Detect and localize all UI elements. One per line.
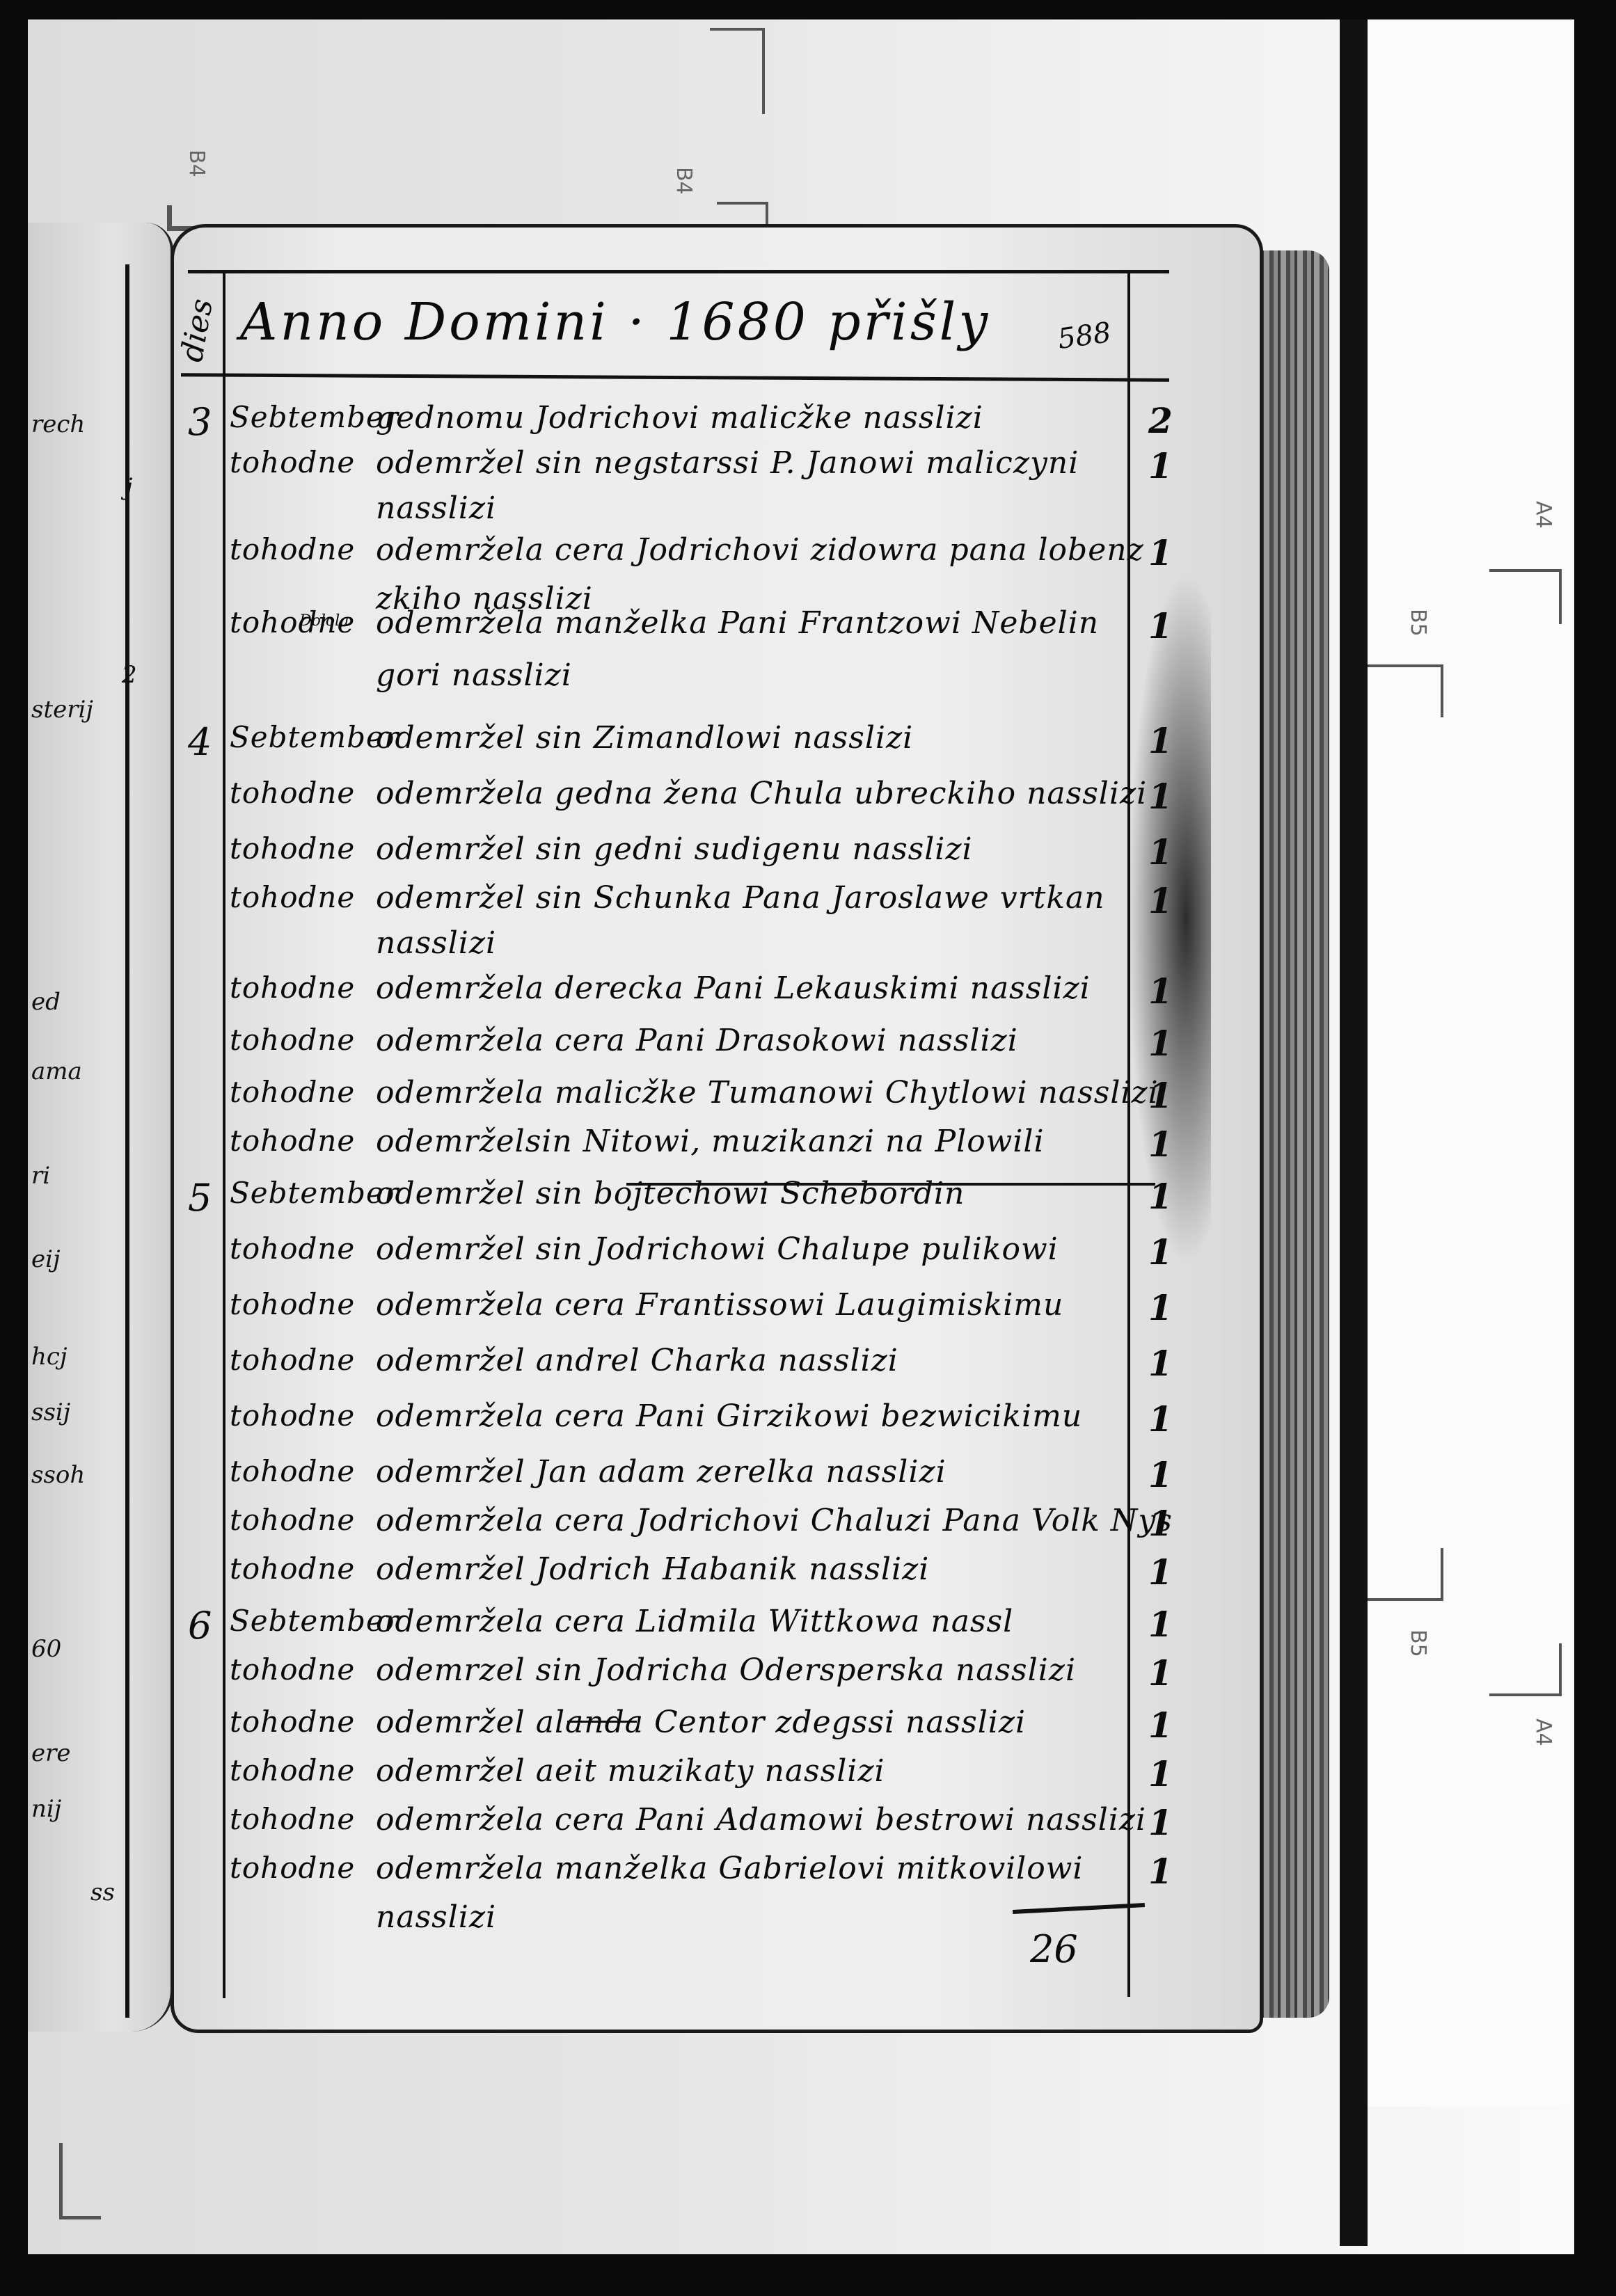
previous-page-fragment: ss (90, 1879, 115, 1906)
entry-label: tohodne (230, 1802, 355, 1836)
crop-mark-label: B4 (672, 167, 696, 195)
entry-label: tohodne (230, 1343, 355, 1377)
entry-label: Sebtember (230, 1604, 399, 1638)
entry-count: 1 (1148, 831, 1173, 872)
entry-count: 1 (1148, 1075, 1173, 1116)
entry-text: odemrzel sin Jodricha Odersperska nassli… (376, 1652, 1076, 1688)
count-column-rule (1127, 271, 1130, 1997)
entry-label: tohodne (230, 1552, 355, 1586)
entry-count: 1 (1148, 1503, 1173, 1544)
scan-border-left (0, 0, 26, 2296)
entry-count: 1 (1148, 1851, 1173, 1892)
entry-label: tohodne (230, 1231, 355, 1266)
previous-page-fragment: ere (31, 1739, 71, 1767)
entry-text: odemržela cera Pani Girzikowi bezwicikim… (376, 1398, 1082, 1434)
entry-text: odemržela cera Jodrichovi Chaluzi Pana V… (376, 1503, 1173, 1538)
previous-page-rule (125, 264, 129, 2018)
entry-text: odemržel alanda Centor zdegssi nasslizi (376, 1705, 1026, 1740)
entry-count: 1 (1148, 1124, 1173, 1165)
crop-mark-label: A4 (1531, 1719, 1555, 1746)
page-title: Anno Domini · 1680 přišly (240, 292, 990, 352)
entry-label: tohodne (230, 605, 355, 639)
entry-count: 1 (1148, 1604, 1173, 1645)
previous-page-fragment: ed (31, 988, 61, 1016)
entry-text: odemržel aeit muzikaty nasslizi (376, 1753, 885, 1789)
entry-text: gednomu Jodrichovi malicžke nasslizi (376, 400, 983, 436)
previous-page-fragment: 60 (31, 1635, 61, 1663)
entry-label: tohodne (230, 532, 355, 566)
previous-page-fragment: nij (31, 1795, 61, 1823)
entry-count: 1 (1148, 1802, 1173, 1843)
entry-count: 1 (1148, 1552, 1173, 1593)
previous-page-fragment: j (125, 473, 133, 501)
entry-continuation: nasslizi (376, 1899, 496, 1935)
entry-text: odemržel sin Zimandlowi nasslizi (376, 720, 913, 756)
entry-label: tohodne (230, 880, 355, 914)
entry-continuation: gori nasslizi (376, 657, 572, 693)
crop-mark-label: B5 (1406, 609, 1430, 637)
entry-text: odemržel sin gedni sudigenu nasslizi (376, 831, 973, 867)
entry-day: 5 (188, 1176, 212, 1220)
entry-count: 1 (1148, 1454, 1173, 1495)
previous-page-fragment: ssij (31, 1398, 70, 1426)
crop-mark-label: A4 (1531, 501, 1555, 529)
entry-label: tohodne (230, 1851, 355, 1885)
scan-border-right (1574, 0, 1616, 2296)
scan-border-top (0, 0, 1616, 19)
entry-label: tohodne (230, 1705, 355, 1739)
entry-text: odemržela cera Jodrichovi zidowra pana l… (376, 532, 1144, 568)
entry-day: 4 (188, 720, 212, 764)
crop-mark (710, 28, 765, 114)
scan-border-bottom (0, 2254, 1616, 2296)
entry-count: 1 (1148, 1753, 1173, 1794)
entry-day: 6 (188, 1604, 212, 1648)
day-column-rule (223, 273, 225, 1998)
entry-text: odemržel Jan adam zerelka nasslizi (376, 1454, 946, 1490)
previous-page-fragment: 2 (122, 661, 137, 689)
entry-continuation: nasslizi (376, 925, 496, 961)
previous-page-fragment: rech (31, 410, 85, 438)
entry-count: 1 (1148, 445, 1173, 486)
crop-mark-label: B4 (184, 150, 209, 177)
entry-count: 1 (1148, 1231, 1173, 1273)
entry-count: 1 (1148, 605, 1173, 646)
entry-text: odemržela cera Pani Adamowi bestrowi nas… (376, 1802, 1146, 1837)
entry-count: 1 (1148, 1343, 1173, 1384)
entry-count: 1 (1148, 971, 1173, 1012)
entry-label: tohodne (230, 1075, 355, 1109)
entry-text: odemržel sin Jodrichowi Chalupe pulikowi (376, 1231, 1059, 1267)
entry-text: odemržel sin negstarssi P. Janowi malicz… (376, 445, 1079, 481)
entry-count: 1 (1148, 1287, 1173, 1328)
header-top-rule (188, 270, 1169, 273)
entry-text: odemržela manželka Gabrielovi mitkovilow… (376, 1851, 1083, 1886)
entry-label: tohodne (230, 1454, 355, 1488)
entry-text: odemržela gedna žena Chula ubreckiho nas… (376, 776, 1147, 811)
entry-count: 1 (1148, 1652, 1173, 1693)
entry-count: 1 (1148, 1398, 1173, 1440)
entry-label: Sebtember (230, 720, 399, 754)
book-cover-edge (1340, 19, 1368, 2246)
entry-text: odemržela cera Pani Drasokowi nasslizi (376, 1023, 1018, 1058)
previous-page-fragment: hcj (31, 1343, 67, 1371)
crop-mark-label: B5 (1406, 1629, 1430, 1657)
entry-label: tohodne (230, 1124, 355, 1158)
entry-count: 1 (1148, 1176, 1173, 1217)
entry-count: 1 (1148, 776, 1173, 817)
entry-label: tohodne (230, 445, 355, 479)
entry-label: tohodne (230, 1753, 355, 1787)
entry-label: tohodne (230, 971, 355, 1005)
entry-text: odemržela cera Frantissowi Laugimiskimu (376, 1287, 1063, 1323)
previous-page-fragment: ri (31, 1162, 50, 1190)
scanner-backdrop-right (1364, 19, 1573, 2107)
previous-page-fragment: ama (31, 1058, 82, 1085)
entry-count: 1 (1148, 532, 1173, 573)
entry-text: odemržela cera Lidmila Wittkowa nassl (376, 1604, 1013, 1639)
entry-count: 1 (1148, 880, 1173, 921)
entry-label: tohodne (230, 1287, 355, 1321)
crop-mark (1489, 1643, 1562, 1696)
entry-label: Sebtember (230, 1176, 399, 1210)
page-number: 26 (1030, 1927, 1078, 1971)
entry-count: 1 (1148, 1705, 1173, 1746)
entry-count: 1 (1148, 1023, 1173, 1064)
crop-mark (1368, 1548, 1443, 1601)
entry-label: tohodne (230, 1652, 355, 1687)
previous-page-fragment: ssoh (31, 1461, 85, 1489)
entry-count: 1 (1148, 720, 1173, 761)
entry-text: odemržela derecka Pani Lekauskimi nassli… (376, 971, 1091, 1006)
entry-label: tohodne (230, 1398, 355, 1433)
entry-count: 2 (1148, 400, 1173, 441)
entry-text: odemržel sin bojtechowi Schebordin (376, 1176, 965, 1211)
entry-text: odemrželsin Nitowi, muzikanzi na Plowili (376, 1124, 1045, 1159)
entry-label: tohodne (230, 776, 355, 810)
entry-label: Sebtember (230, 400, 399, 434)
entry-day: 3 (188, 400, 212, 444)
entry-text: odemržela manželka Pani Frantzowi Nebeli… (376, 605, 1099, 641)
crop-mark (1368, 664, 1443, 717)
previous-page-fragment: eij (31, 1245, 61, 1273)
entry-label: tohodne (230, 831, 355, 866)
entry-label: tohodne (230, 1023, 355, 1057)
previous-page-fragment: sterij (31, 696, 93, 724)
entry-label: tohodne (230, 1503, 355, 1537)
crop-mark (59, 2143, 101, 2219)
entry-continuation: nasslizi (376, 491, 496, 526)
entry-text: odemržel andrel Charka nasslizi (376, 1343, 898, 1378)
crop-mark (1489, 569, 1562, 624)
entry-text: odemržela malicžke Tumanowi Chytlowi nas… (376, 1075, 1159, 1110)
entry-text: odemržel Jodrich Habanik nasslizi (376, 1552, 929, 1587)
entry-text: odemržel sin Schunka Pana Jaroslawe vrtk… (376, 880, 1105, 916)
